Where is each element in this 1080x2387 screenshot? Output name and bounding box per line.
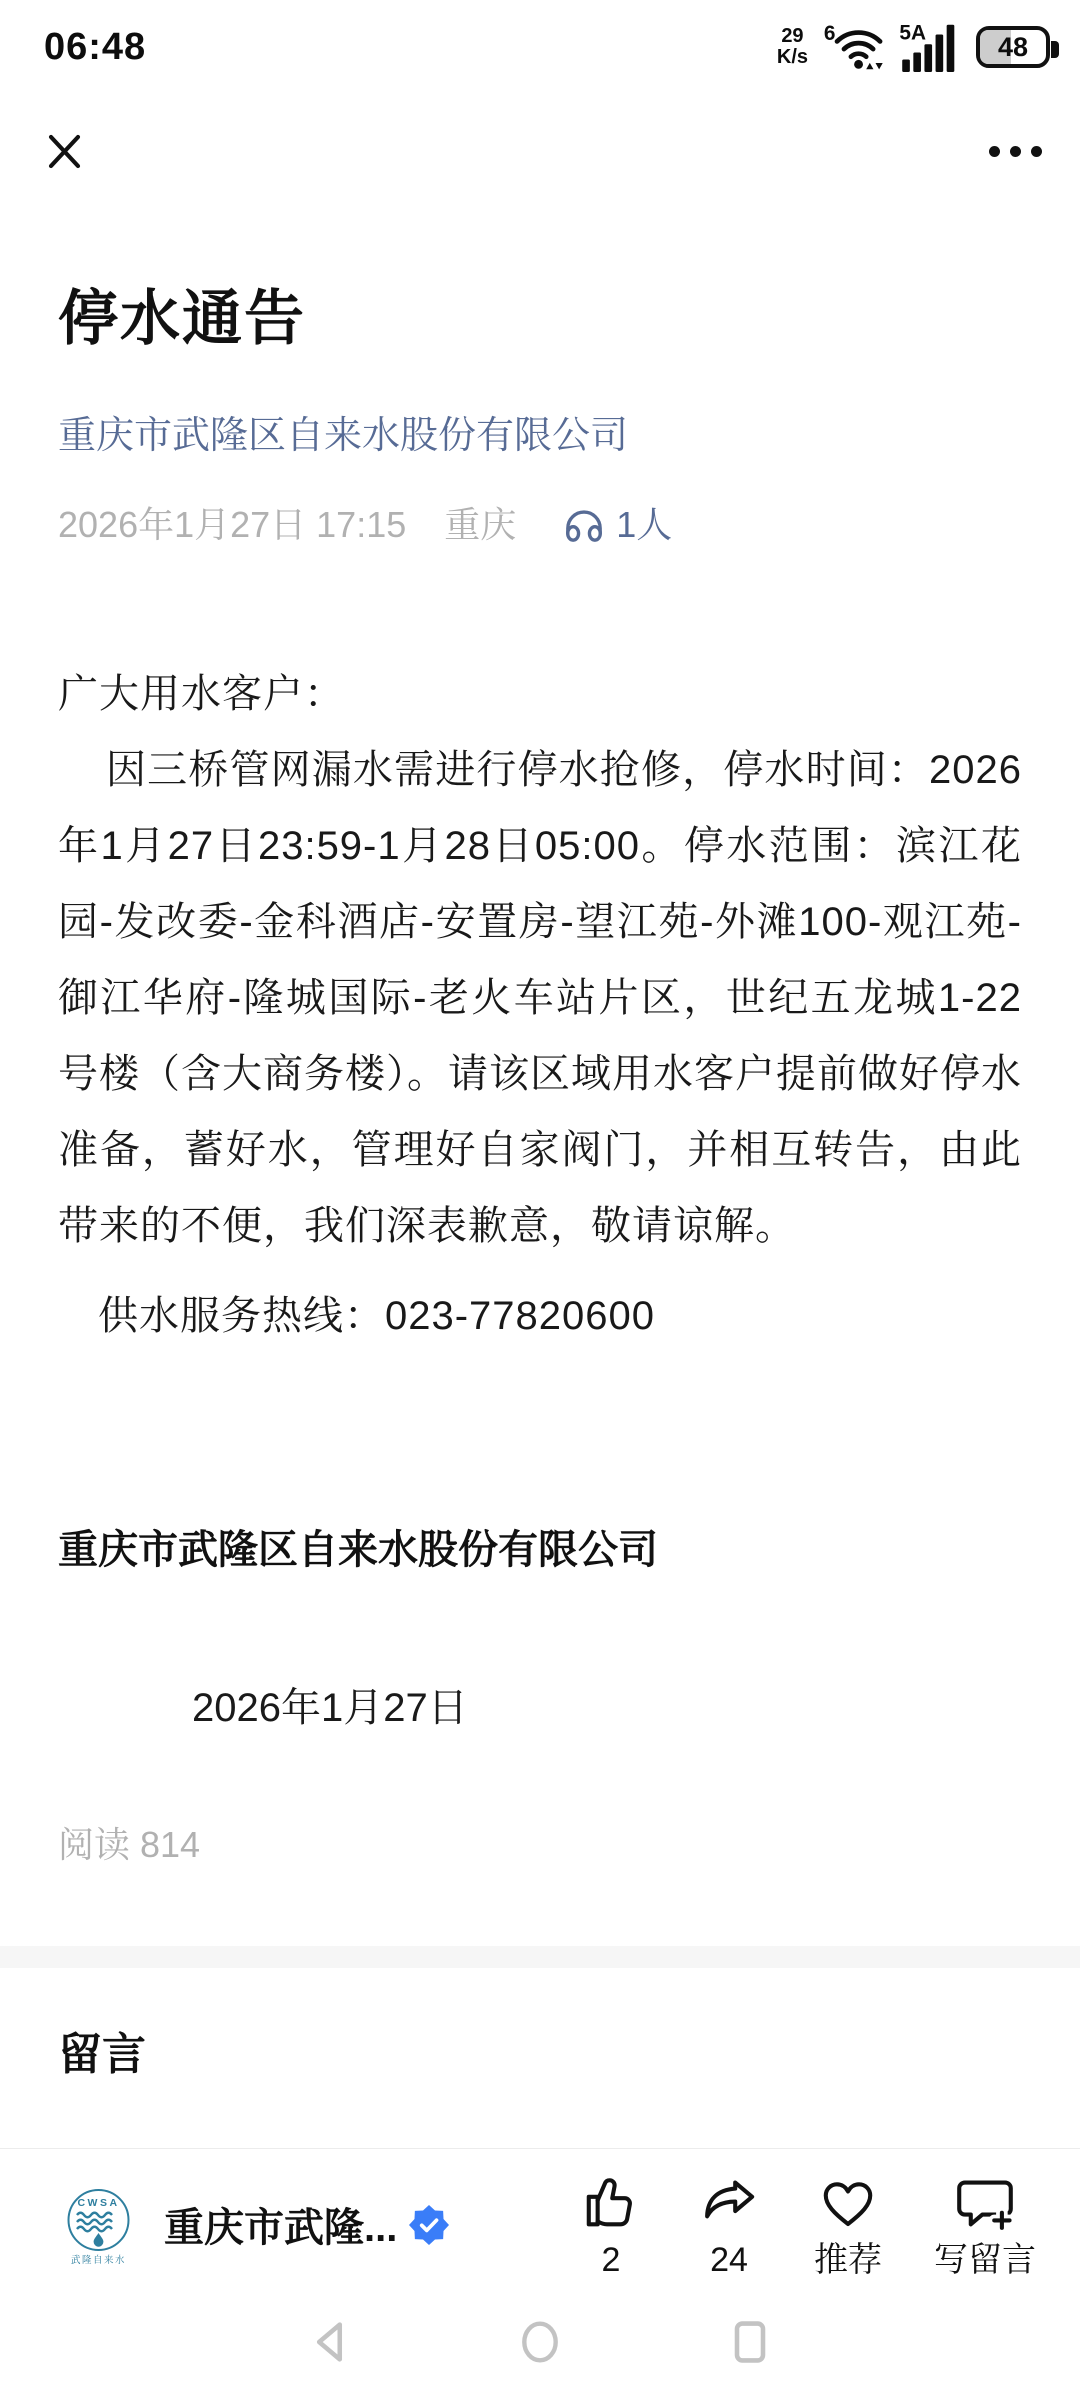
footer-account-name: 重庆市武隆... [164,2196,397,2253]
write-comment-label: 写留言 [934,2241,1036,2279]
comments-section-title: 留言 [58,2030,1022,2080]
status-indicators: 29 K/s 6 5A [777,22,1050,72]
network-speed-value: 29 [781,26,803,47]
more-menu-icon[interactable] [989,146,1042,157]
publish-datetime: 2026年1月27日 17:15 [58,504,406,546]
recommend-label: 推荐 [814,2241,882,2279]
publish-location: 重庆 [444,504,516,546]
article-body: 广大用水客户： 因三桥管网漏水需进行停水抢修，停水时间：2026年1月27日23… [58,656,1022,1354]
body-main-paragraph: 因三桥管网漏水需进行停水抢修，停水时间：2026年1月27日23:59-1月28… [58,732,1022,1264]
article-actions: 2 24 推荐 [578,2171,1036,2279]
footer-account-link[interactable]: CWSA 武隆自来水 重庆市武隆... [56,2182,449,2268]
status-time: 06:48 [44,26,146,69]
signature-date: 2026年1月27日 [58,1670,1022,1746]
nav-recents-icon[interactable] [724,2316,776,2368]
write-comment-button[interactable]: 写留言 [934,2171,1036,2279]
network-type-label: 5A [899,22,926,44]
network-speed-unit: K/s [777,47,808,68]
comments-section: 留言 [0,1968,1080,2080]
like-count: 2 [602,2241,621,2279]
battery-icon: 48 [976,26,1050,68]
close-icon[interactable] [42,129,86,173]
share-button[interactable]: 24 [696,2171,762,2279]
share-arrow-icon [697,2171,761,2235]
listen-count: 1人 [616,504,672,546]
article-toolbar [0,118,1080,184]
heart-icon [816,2171,880,2235]
section-divider [0,1946,1080,1968]
headphones-icon [562,505,606,545]
read-count: 阅读 814 [58,1824,1022,1866]
network-speed-indicator: 29 K/s [777,26,808,68]
battery-percent: 48 [998,32,1028,63]
article-title: 停水通告 [58,286,1022,352]
body-salutation: 广大用水客户： [58,656,1022,732]
battery-cap [1051,41,1059,58]
wifi-icon: 6 [822,22,884,72]
nav-back-icon[interactable] [304,2316,356,2368]
status-bar: 06:48 29 K/s 6 5A [0,0,1080,80]
footer-action-bar: CWSA 武隆自来水 重庆市武隆... 2 [0,2148,1080,2300]
article-meta: 2026年1月27日 17:15 重庆 1人 [58,504,1022,546]
body-hotline: 供水服务热线：023-77820600 [58,1278,1022,1354]
verified-badge-icon [409,2205,449,2245]
article-content: 停水通告 重庆市武隆区自来水股份有限公司 2026年1月27日 17:15 重庆… [0,286,1080,1866]
recommend-button[interactable]: 推荐 [814,2171,882,2279]
avatar-org-abbr: CWSA [77,2197,119,2209]
comment-plus-icon [953,2171,1017,2235]
share-count: 24 [710,2241,748,2279]
account-avatar: CWSA 武隆自来水 [56,2182,142,2268]
like-button[interactable]: 2 [578,2171,644,2279]
wifi-generation-label: 6 [824,22,836,45]
account-name-link[interactable]: 重庆市武隆区自来水股份有限公司 [58,414,1022,458]
avatar-org-caption: 武隆自来水 [71,2254,126,2266]
thumbs-up-icon [579,2171,643,2235]
signature-company: 重庆市武隆区自来水股份有限公司 [58,1512,1022,1588]
listen-count-link[interactable]: 1人 [562,504,672,546]
cellular-signal-icon: 5A [898,22,962,72]
nav-home-icon[interactable] [514,2316,566,2368]
android-nav-bar [0,2297,1080,2387]
